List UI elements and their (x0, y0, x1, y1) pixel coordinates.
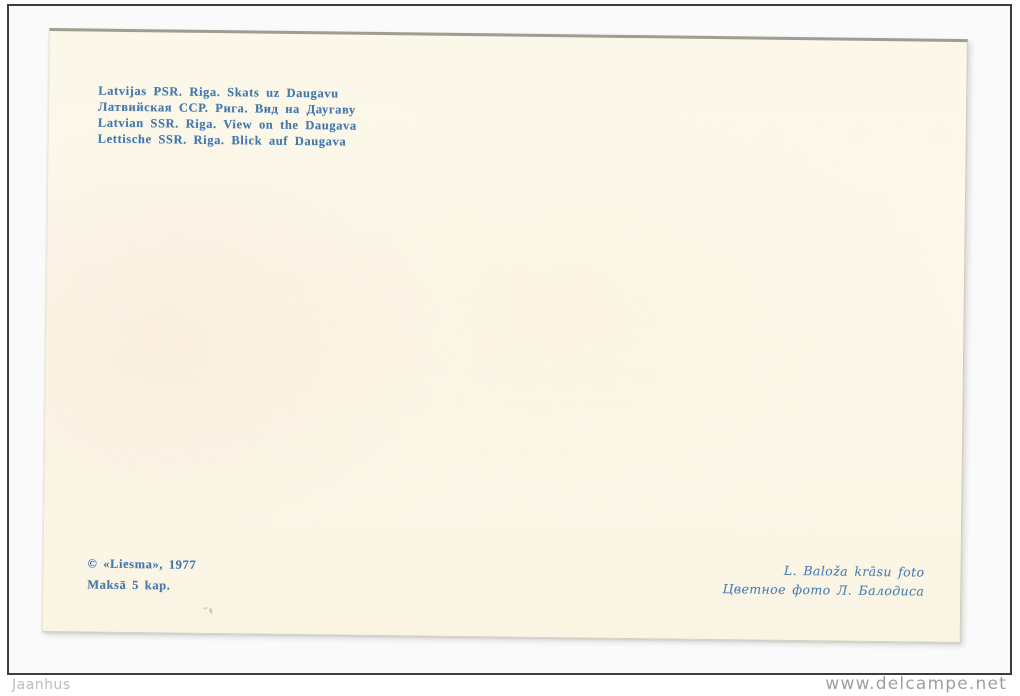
scanned-postcard-page: { "scan": { "watermark_left": "Jaanhus",… (0, 0, 1020, 696)
photo-credit-russian: Цветное фото Л. Балодиса (722, 579, 924, 600)
watermark-delcampe: www.delcampe.net (825, 674, 1007, 694)
copyright-line: © «Liesma», 1977 (87, 554, 196, 576)
watermark-seller: Jaanhus (12, 677, 71, 693)
caption-block: Latvijas PSR. Riga. Skats uz Daugavu Лат… (98, 83, 358, 150)
photo-credit-block: L. Baloža krāsu foto Цветное фото Л. Бал… (722, 560, 924, 600)
caption-line-german: Lettische SSR. Riga. Blick auf Daugava (98, 131, 357, 150)
price-line: Maksā 5 kap. (87, 575, 196, 597)
imprint-block: © «Liesma», 1977 Maksā 5 kap. (87, 554, 196, 597)
pencil-mark (200, 603, 218, 618)
postcard-back: Latvijas PSR. Riga. Skats uz Daugavu Лат… (42, 28, 968, 643)
photo-credit-latvian: L. Baloža krāsu foto (723, 560, 925, 581)
scan-frame: Latvijas PSR. Riga. Skats uz Daugavu Лат… (7, 4, 1012, 675)
